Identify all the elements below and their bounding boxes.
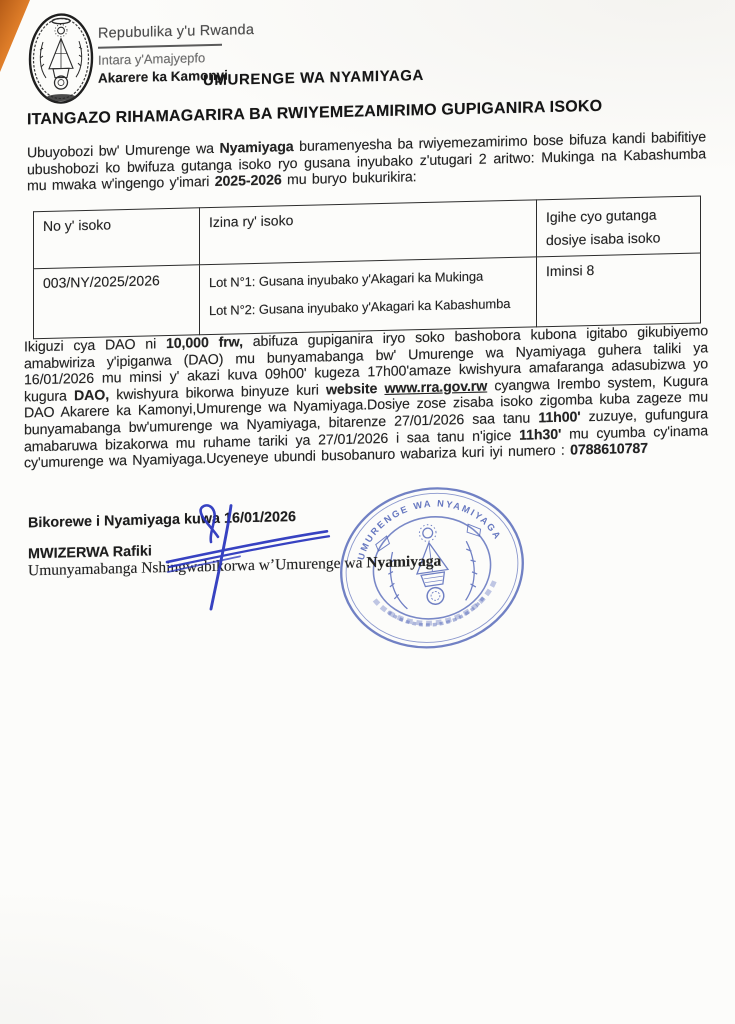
scanned-document-page: { "colors": { "ink": "#272727", "stamp_b… xyxy=(0,0,735,1024)
handwritten-signature xyxy=(140,492,350,629)
rwanda-coat-of-arms-emblem xyxy=(26,11,96,107)
stamp-arc-text: UMURENGE WA NYAMIYAGA xyxy=(350,489,504,563)
letterhead-divider xyxy=(98,44,222,48)
lot-1: Lot N°1: Gusana inyubako y'Akagari ka Mu… xyxy=(209,268,528,291)
intro-paragraph: Ubuyobozi bw' Umurenge wa Nyamiyaga bura… xyxy=(27,129,706,195)
cell-tender-number: 003/NY/2025/2026 xyxy=(34,265,200,339)
signer-role-emphasis: Nyamiyaga xyxy=(366,553,441,572)
document-sheet: Repubulika y'u Rwanda Intara y'Amajyepfo… xyxy=(0,0,735,1024)
lot-2: Lot N°2: Gusana inyubako y'Akagari ka Ka… xyxy=(209,296,528,319)
document-title: ITANGAZO RIHAMAGARIRA BA RWIYEMEZAMIRIMO… xyxy=(27,95,707,129)
header-tender-name: Izina ry' isoko xyxy=(200,200,537,265)
header-submission-period: Igihe cyo gutanga dosiye isaba isoko xyxy=(537,196,701,257)
cell-submission-period: Iminsi 8 xyxy=(537,253,701,327)
cell-tender-lots: Lot N°1: Gusana inyubako y'Akagari ka Mu… xyxy=(200,257,537,335)
letterhead-province: Intara y'Amajyepfo xyxy=(98,49,254,69)
svg-text:UMURENGE WA NYAMIYAGA: UMURENGE WA NYAMIYAGA xyxy=(350,489,504,563)
header-tender-number: No y' isoko xyxy=(34,208,200,269)
body-paragraph: Ikiguzi cya DAO ni 10,000 frw, abifuza g… xyxy=(24,323,708,472)
tender-table: No y' isoko Izina ry' isoko Igihe cyo gu… xyxy=(33,195,701,339)
letterhead-republic: Repubulika y'u Rwanda xyxy=(98,21,254,43)
